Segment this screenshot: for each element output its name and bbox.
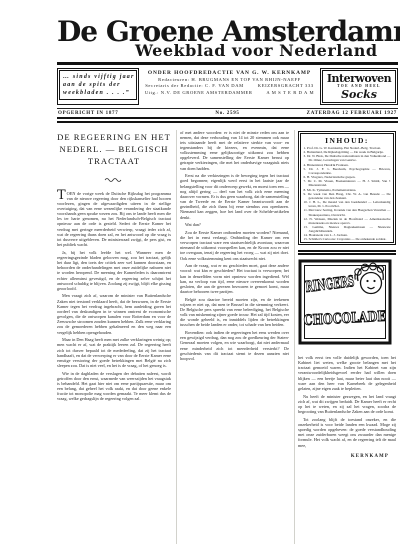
- body-paragraph: België zou daartoe bereid moeten zijn, e…: [180, 297, 289, 328]
- article-title: DE REGEERING EN HETNEDERL. — BELGISCHTRA…: [57, 131, 171, 167]
- editorial-info: ONDER HOOFDREDACTIE VAN G. W. KERNKAMPRe…: [144, 68, 315, 105]
- inhoud-item: 9. De week van Den Haag, Chr. W. A. van …: [304, 192, 391, 200]
- inhoud-item: 11. Mevrouw Serting, Kroniek van den Haa…: [304, 208, 391, 216]
- body-paragraph: Wie in de dagbladen de verslagen der deb…: [57, 371, 171, 402]
- masthead-rule: [57, 62, 398, 65]
- column-3-body: het volk eerst ten volle duidelijk gewor…: [298, 355, 396, 448]
- column-3-divider: [298, 250, 396, 256]
- body-paragraph: Nu heeft de minister gezwegen, en het la…: [298, 394, 396, 415]
- body-paragraph: Eerst na die verkiezingen is de beweging…: [180, 173, 289, 219]
- editorial-line: Uitg.: N.V. DE GROENE AMSTERDAMMER A M S…: [144, 90, 315, 97]
- inhoud-item: 13. Gemma, Nieuwe Dagteekenissen — Nieuw…: [304, 225, 391, 233]
- lead-paragraph: TOEN de vorige week de Duitsche Rijksdag…: [57, 191, 171, 248]
- issue-date: ZATERDAG 12 FEBRUARI 1927: [240, 111, 397, 116]
- drop-cap: T: [57, 191, 67, 201]
- founded-label: OPGERICHT IN 1877: [58, 111, 215, 116]
- column-2-body: of met andere woorden: er is niet de min…: [180, 130, 289, 362]
- article-columns: DE REGEERING EN HETNEDERL. — BELGISCHTRA…: [57, 130, 398, 544]
- dateline-rule-bottom: [57, 117, 398, 123]
- body-paragraph: Bovendien: ook indien de regeeringen het…: [180, 330, 289, 361]
- inhoud-list: 1. Prof. Dr. G. W. Kernkamp, Het Nederl.…: [304, 146, 391, 243]
- body-paragraph: Aan de vraag, wat er nu geschieden moet,…: [180, 263, 289, 294]
- masthead-subtitle: Weekblad voor Nederland: [135, 43, 398, 59]
- inhoud-item: 3. Dr. N. Blok, De Duitsche nationaliste…: [304, 154, 391, 162]
- interwoven-ad: Interwoven TOE AND HEEL Socks: [320, 68, 398, 105]
- interwoven-product: Socks: [326, 89, 392, 100]
- slogan-line: weekbladen . . . .”: [63, 89, 133, 97]
- column-2: of met andere woorden: er is niet de min…: [176, 130, 289, 544]
- title-ornament-icon: [57, 169, 171, 187]
- inhoud-item: 16. Tooneel — Ondernemen, Overzeesche fi…: [304, 242, 391, 243]
- article-title-line: DE REGEERING EN HET: [57, 131, 171, 143]
- slogan-box: … sinds vijftig jaaraan de spits derweek…: [57, 68, 139, 105]
- inhoud-item: 12. N. Wensen, Muziek in de Hoofdstad — …: [304, 217, 391, 225]
- issue-number: No. 2595: [215, 111, 239, 116]
- lead-text: OEN de vorige week de Duitsche Rijksdag …: [57, 191, 171, 248]
- body-paragraph: Maar in Den Haag heeft men met zulke ver…: [57, 337, 171, 368]
- article-title-line: TRACTAAT: [57, 155, 171, 167]
- slogan-line: aan de spits der: [63, 81, 133, 89]
- body-paragraph: Ja, bij het volk leefde het wel. Wanneer…: [57, 250, 171, 291]
- inhoud-item: 15. Schilder's Cartoons: Crayonles — De …: [304, 237, 391, 241]
- body-paragraph: het volk eerst ten volle duidelijk gewor…: [298, 355, 396, 391]
- interwoven-brand: Interwoven: [326, 73, 392, 84]
- editorial-line: ONDER HOOFDREDACTIE VAN G. W. KERNKAMP: [144, 70, 315, 77]
- body-paragraph: Zou de Eerste Kamer ontbonden moeten wor…: [180, 230, 289, 261]
- body-paragraph: of met andere woorden: er is niet de min…: [180, 130, 289, 171]
- column-1-body: Ja, bij het volk leefde het wel. Wanneer…: [57, 250, 171, 402]
- dateline: OPGERICHT IN 1877 No. 2595 ZATERDAG 12 F…: [57, 109, 398, 117]
- inhoud-item: 5. Dr. J. F. v. Beeckum, Psychographie —…: [304, 167, 391, 175]
- column-1: DE REGEERING EN HETNEDERL. — BELGISCHTRA…: [57, 130, 171, 544]
- article-title-line: NEDERL. — BELGISCH: [57, 143, 171, 155]
- slogan-text: … sinds vijftig jaaraan de spits derweek…: [59, 70, 137, 100]
- inhoud-box: INHOUD: 1. Prof. Dr. G. W. Kernkamp, Het…: [298, 131, 396, 245]
- slogan-line: … sinds vijftig jaar: [63, 73, 133, 81]
- inhoud-title: INHOUD:: [304, 136, 391, 145]
- body-paragraph: Wat dan?: [180, 222, 289, 227]
- inhoud-item: 7. Dr. C. M. Vissen, Boekennieuws — H. J…: [304, 179, 391, 187]
- column-3: INHOUD: 1. Prof. Dr. G. W. Kernkamp, Het…: [294, 130, 396, 544]
- header-row: … sinds vijftig jaaraan de spits derweek…: [57, 68, 398, 105]
- body-paragraph: Tot zoolang blijft de toestand onzeker, …: [298, 417, 396, 448]
- ringers-ad: RINGERS' CHOCOLADE: [298, 259, 396, 350]
- inhoud-item: 10. J. H. L., De maand van den boekhande…: [304, 200, 391, 208]
- masthead: De Groene Amsterdammer Weekblad voor Ned…: [57, 18, 398, 59]
- newspaper-page: De Groene Amsterdammer Weekblad voor Ned…: [57, 18, 398, 544]
- editorial-line: Secretaris der Redactie: C. F. VAN DAM K…: [144, 83, 315, 90]
- body-paragraph: Men vraagt zich af, waarom de minister v…: [57, 293, 171, 334]
- author-signature: KERNKAMP: [298, 454, 396, 459]
